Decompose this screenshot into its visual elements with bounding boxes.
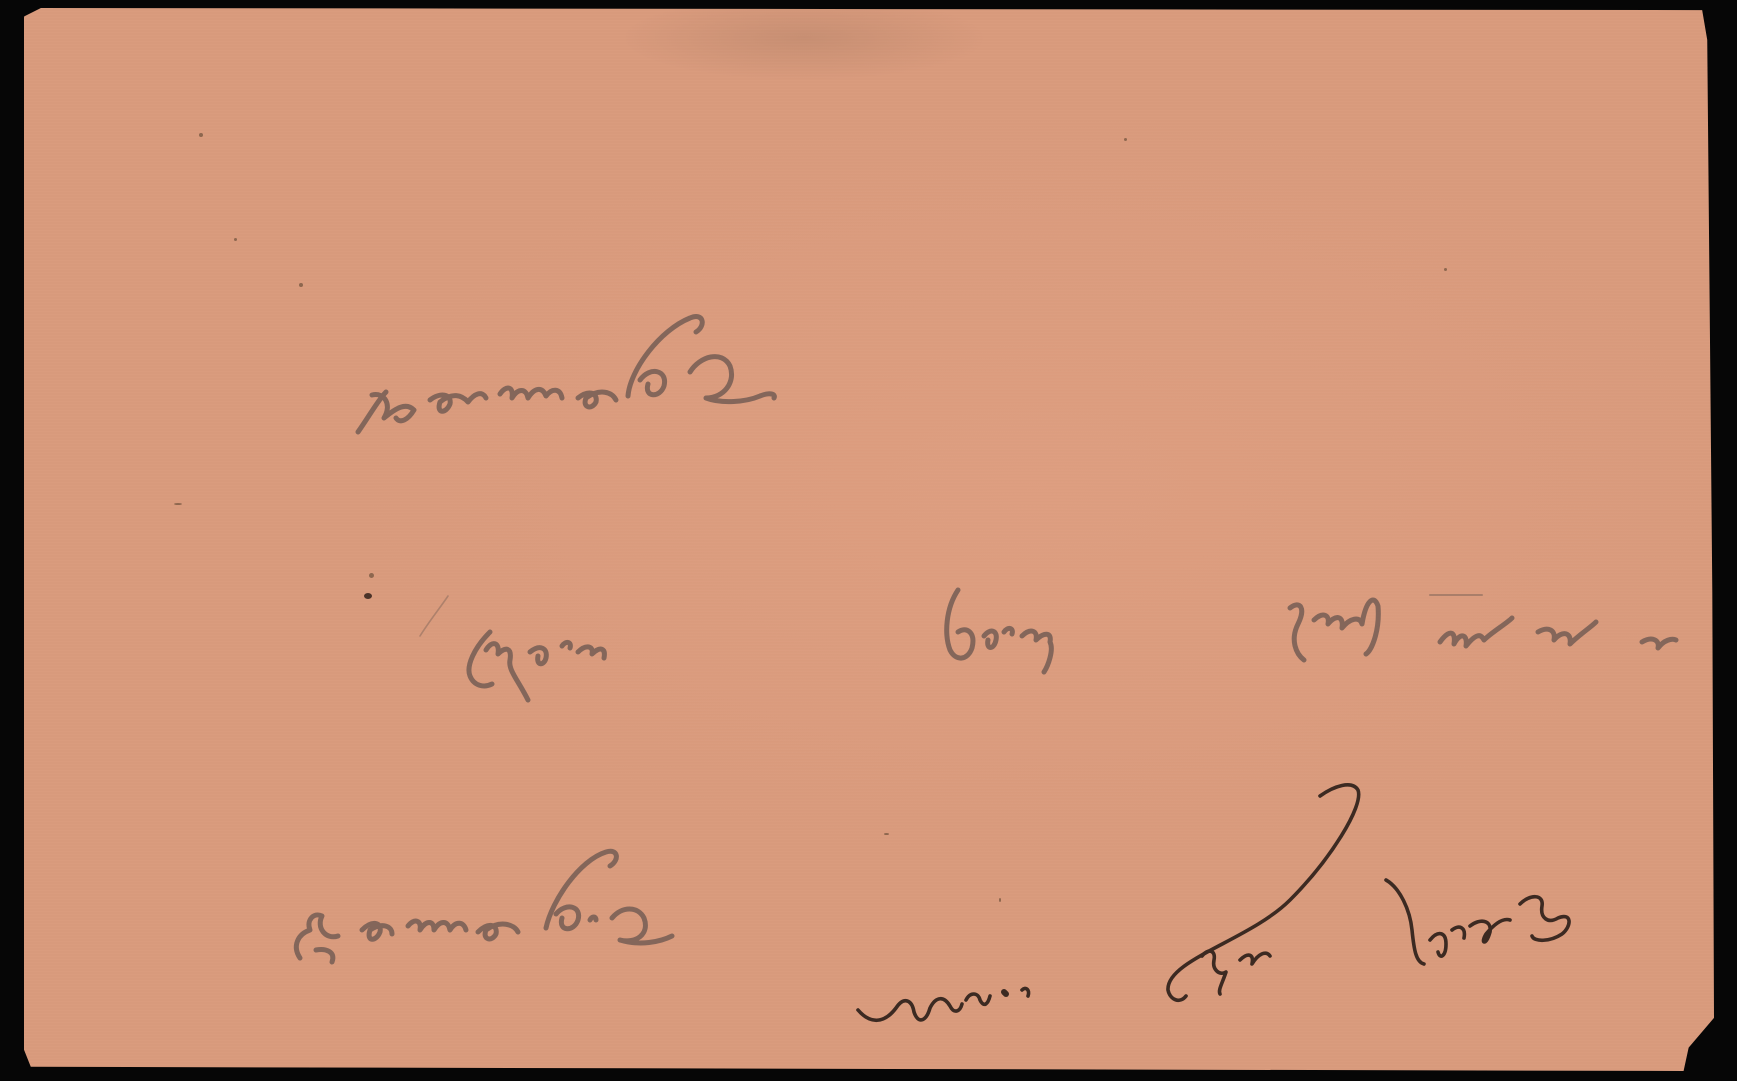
document-scan: [illegible handwritten word, pencil] [il…: [0, 0, 1737, 1081]
paper-speck: [1124, 138, 1127, 141]
paper-speck: [369, 573, 374, 578]
handwriting-line-1-text: [illegible handwritten word, pencil]: [360, 360, 378, 361]
paper-speck: [299, 283, 303, 287]
paper-card: [24, 8, 1714, 1071]
paper-speck: [1444, 268, 1447, 271]
handwriting-line-4-text: [illegible handwritten signature-like ph…: [860, 950, 887, 951]
paper-speck: [999, 898, 1001, 902]
paper-speck: [364, 593, 372, 599]
paper-speck: [174, 503, 182, 505]
paper-speck: [199, 133, 203, 137]
handwriting-line-2-text: [illegible handwritten phrase, four word…: [460, 620, 488, 621]
paper-speck: [234, 238, 237, 241]
handwriting-line-3-text: [illegible handwritten word, pencil, rep…: [280, 900, 306, 901]
paper-speck: [884, 833, 889, 835]
